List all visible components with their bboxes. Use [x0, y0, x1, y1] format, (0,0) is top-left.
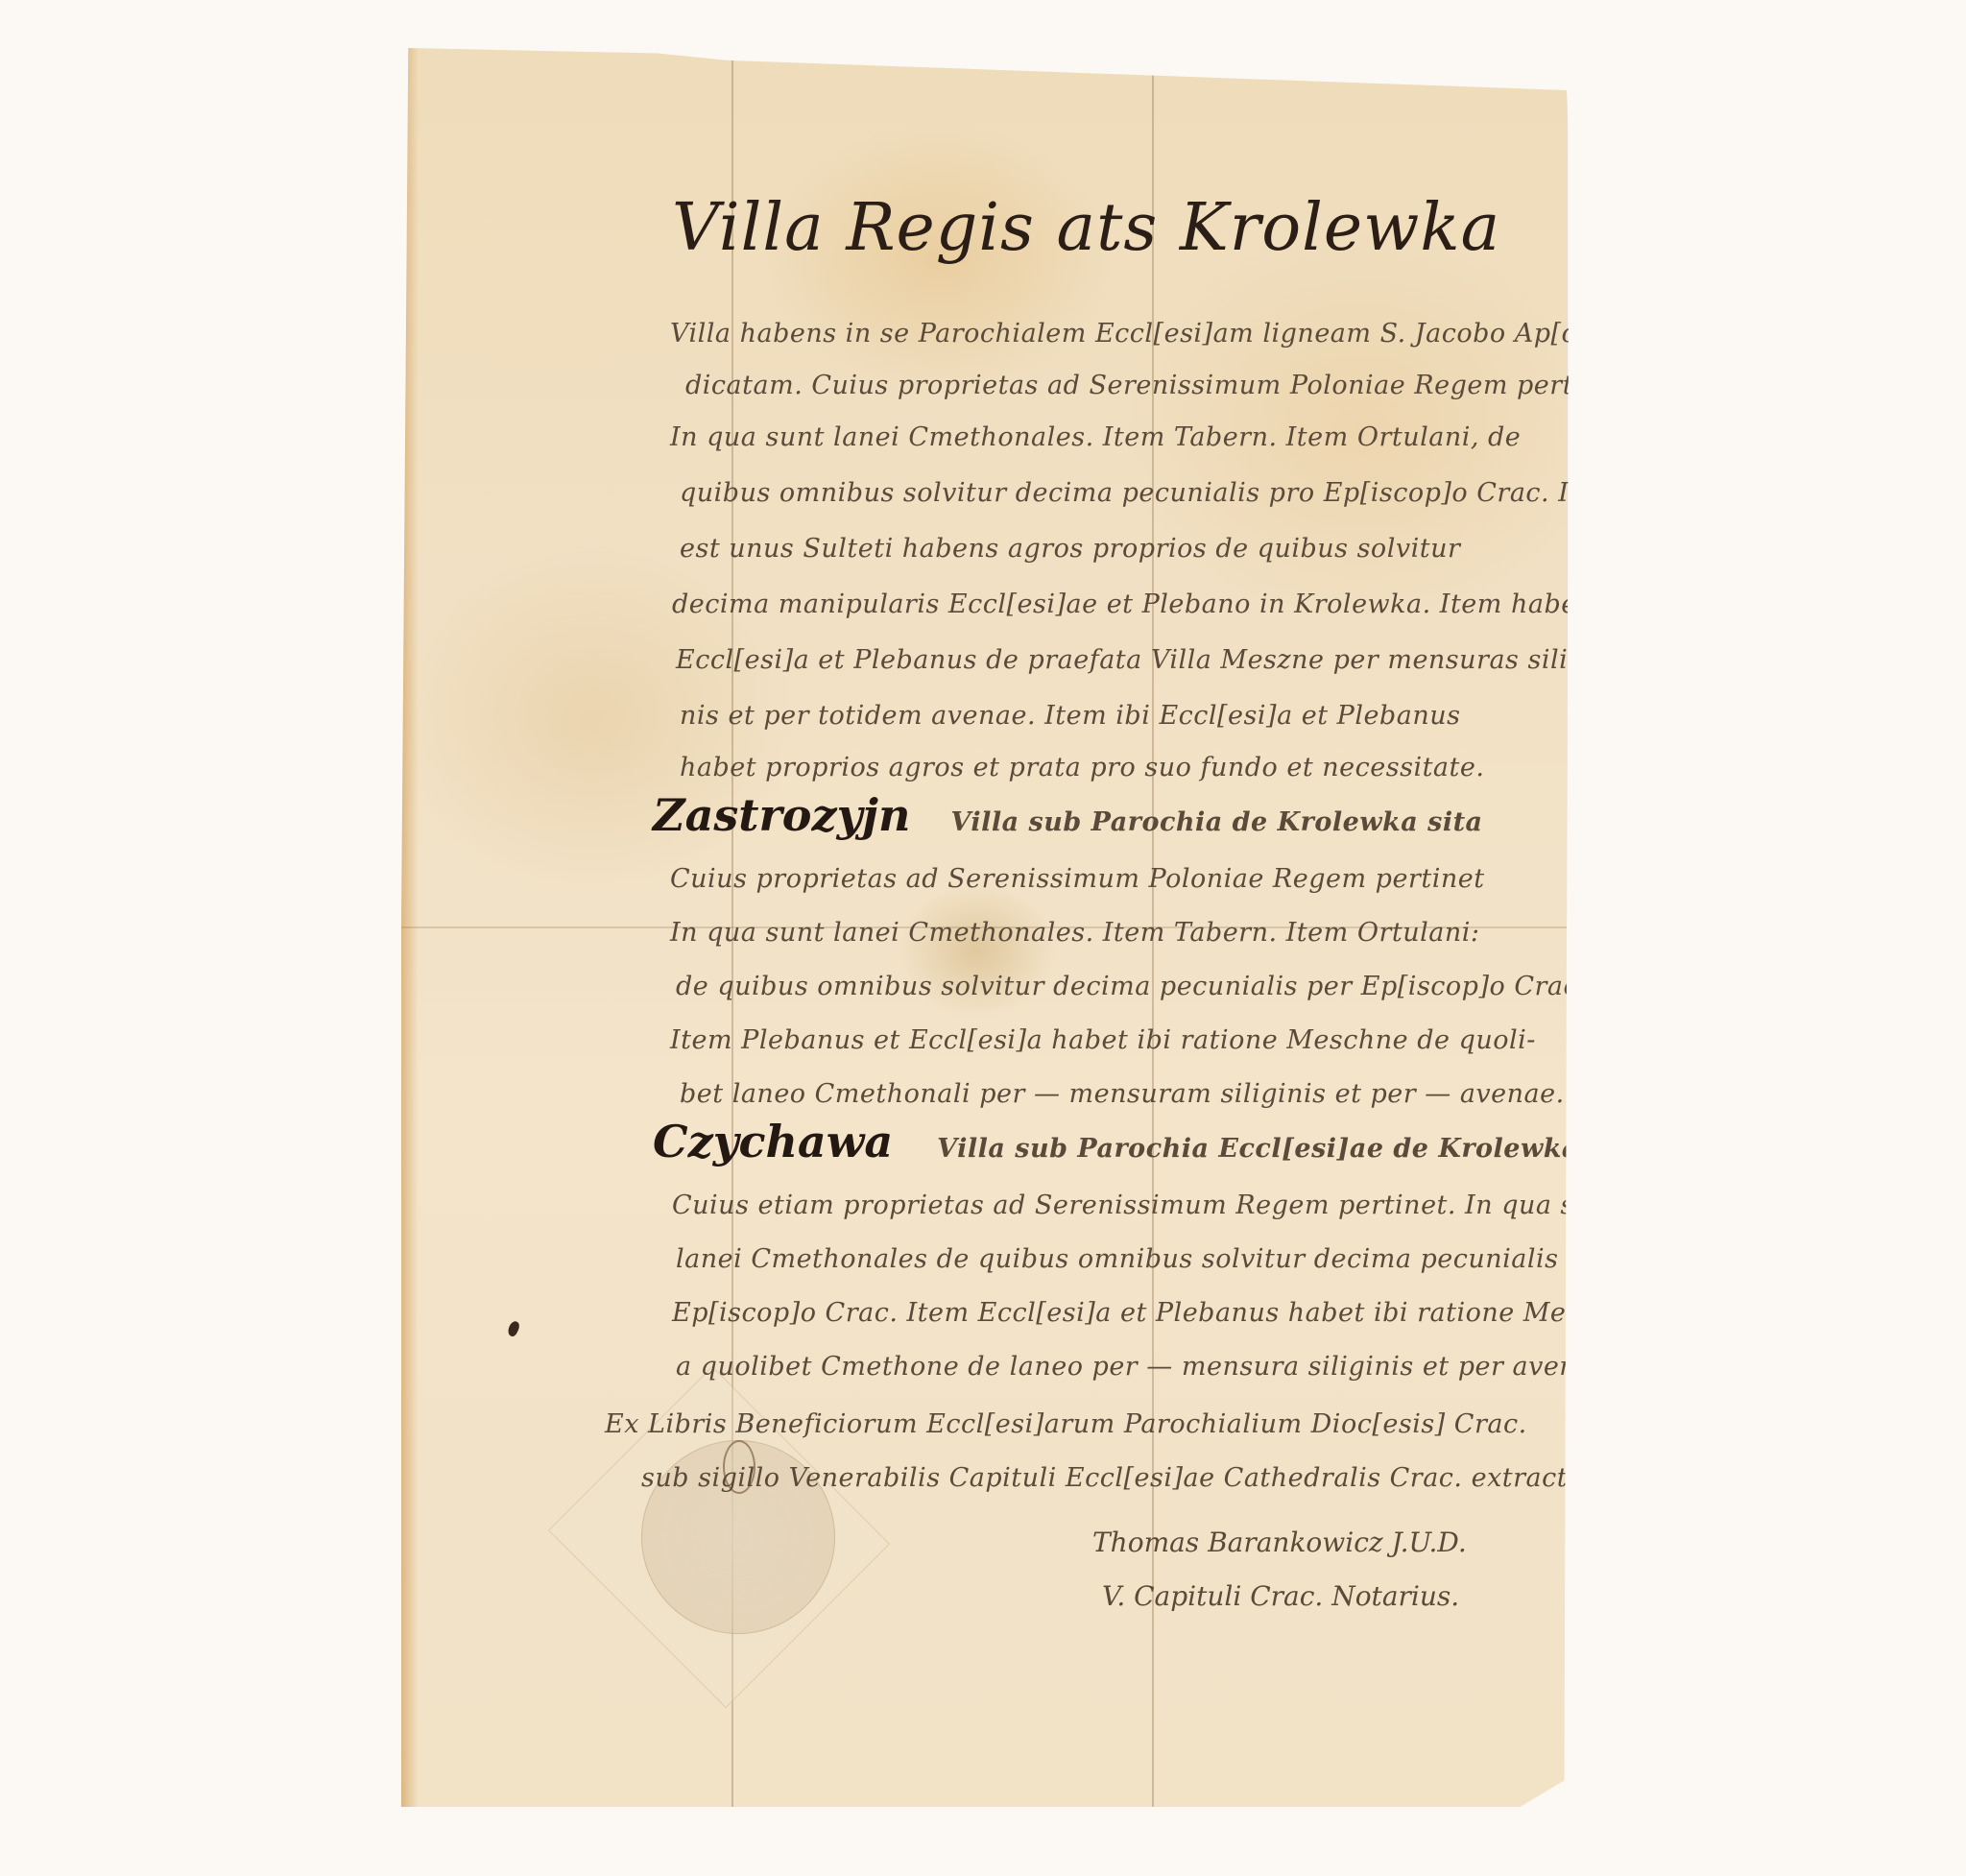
- text-line: habet proprios agros et prata pro suo fu…: [680, 753, 1484, 782]
- text-line: Ep[iscop]o Crac. Item Eccl[esi]a et Pleb…: [672, 1298, 1645, 1328]
- text-line: Cuius proprietas ad Serenissimum Polonia…: [670, 864, 1485, 894]
- manuscript-text: Villa Regis ats Krolewka Villa habens in…: [401, 48, 1567, 1807]
- section-heading-czychawa: Czychawa Villa sub Parochia Eccl[esi]ae …: [653, 1116, 1643, 1167]
- heading-tail: Villa sub Parochia Eccl[esi]ae de Krolew…: [937, 1134, 1643, 1164]
- signature-title: V. Capituli Crac. Notarius.: [1102, 1580, 1459, 1612]
- text-line: Item Plebanus et Eccl[esi]a habet ibi ra…: [670, 1025, 1536, 1055]
- text-line: dicatam. Cuius proprietas ad Serenissimu…: [685, 371, 1626, 400]
- text-line: In qua sunt lanei Cmethonales. Item Tabe…: [670, 422, 1521, 452]
- manuscript-page: Villa Regis ats Krolewka Villa habens in…: [401, 48, 1567, 1807]
- text-line: quibus omnibus solvitur decima pecuniali…: [680, 478, 1620, 508]
- text-line: decima manipularis Eccl[esi]ae et Pleban…: [672, 589, 1588, 619]
- text-line: est unus Sulteti habens agros proprios d…: [680, 534, 1460, 564]
- text-line: Villa habens in se Parochialem Eccl[esi]…: [670, 319, 1654, 349]
- closing-line: Ex Libris Beneficiorum Eccl[esi]arum Par…: [605, 1409, 1527, 1439]
- text-line: Cuius etiam proprietas ad Serenissimum R…: [672, 1191, 1619, 1220]
- closing-line: sub sigillo Venerabilis Capituli Eccl[es…: [641, 1463, 1610, 1493]
- signature-name: Thomas Barankowicz J.U.D.: [1092, 1527, 1467, 1558]
- heading-tail: Villa sub Parochia de Krolewka sita: [950, 807, 1482, 837]
- text-line: bet laneo Cmethonali per — mensuram sili…: [680, 1079, 1565, 1109]
- text-line: a quolibet Cmethone de laneo per — mensu…: [676, 1352, 1617, 1382]
- text-line: Eccl[esi]a et Plebanus de praefata Villa…: [676, 645, 1603, 675]
- text-line: nis et per totidem avenae. Item ibi Eccl…: [680, 701, 1460, 731]
- text-line: lanei Cmethonales de quibus omnibus solv…: [676, 1244, 1559, 1274]
- document-title: Villa Regis ats Krolewka: [672, 190, 1500, 266]
- section-heading-zastrozyjn: Zastrozyjn Villa sub Parochia de Krolewk…: [653, 789, 1483, 841]
- text-line: de quibus omnibus solvitur decima pecuni…: [676, 972, 1587, 1001]
- text-line: In qua sunt lanei Cmethonales. Item Tabe…: [670, 918, 1479, 948]
